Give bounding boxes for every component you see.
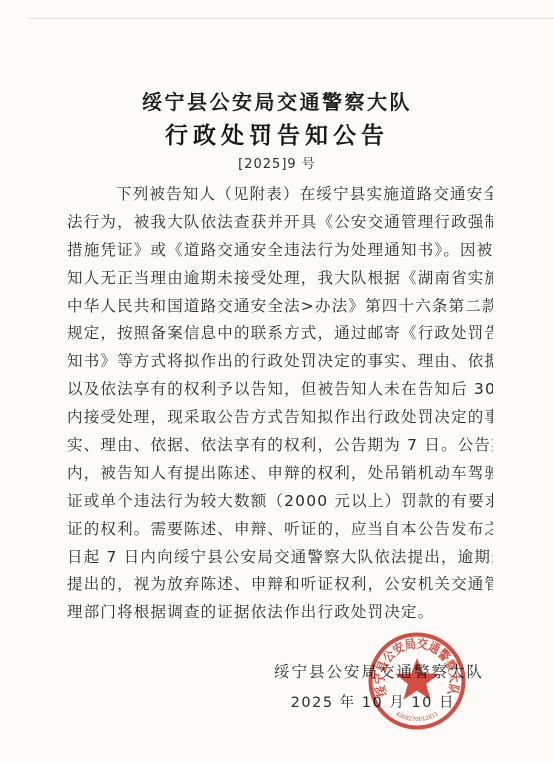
body-line: 证或单个违法行为较大数额（2000 元以上）罚款的有要求听 (67, 488, 493, 516)
body-line: 证的权利。需要陈述、申辩、听证的，应当自本公告发布之 (67, 516, 493, 544)
body-line: 提出的，视为放弃陈述、申辩和听证权利，公安机关交通管 (67, 571, 493, 599)
seal-code: 4308270012811 (394, 711, 439, 723)
official-seal: 绥宁县公安局交通警察大队 4308270012811 (347, 610, 487, 752)
body-line: 知书》等方式将拟作出的行政处罚决定的事实、理由、依据 (67, 348, 493, 376)
doc-title: 行政处罚告知公告 (0, 117, 554, 150)
org-title: 绥宁县公安局交通警察大队 (0, 86, 554, 115)
doc-number: [2025]9 号 (0, 153, 554, 172)
body-line: 实、理由、依据、依法享有的权利，公告期为 7 日。公告期 (67, 432, 493, 460)
scan-edge-line (28, 18, 554, 19)
body-line: 日起 7 日内向绥宁县公安局交通警察大队依法提出，逾期未 (67, 544, 493, 572)
document-page: 绥宁县公安局交通警察大队 行政处罚告知公告 [2025]9 号 下列被告知人（见… (0, 0, 554, 761)
body-line: 内，被告知人有提出陈述、申辩的权利，处吊销机动车驾驶 (67, 460, 493, 488)
body-line: 下列被告知人（见附表）在绥宁县实施道路交通安全违 (67, 181, 493, 209)
notice-body: 下列被告知人（见附表）在绥宁县实施道路交通安全违 法行为，被我大队依法查获并开具… (67, 181, 493, 627)
body-line: 措施凭证》或《道路交通安全违法行为处理通知书》。因被告 (67, 237, 493, 265)
seal-star-icon (395, 658, 439, 700)
body-line: 知人无正当理由逾期未接受处理，我大队根据《湖南省实施< (67, 265, 493, 293)
body-line: 规定，按照备案信息中的联系方式，通过邮寄《行政处罚告 (67, 320, 493, 348)
body-line: 内接受处理，现采取公告方式告知拟作出行政处罚决定的事 (67, 404, 493, 432)
body-line: 以及依法享有的权利予以告知，但被告知人未在告知后 30 日 (67, 376, 493, 404)
body-line: 法行为，被我大队依法查获并开具《公安交通管理行政强制 (67, 209, 493, 237)
body-line: 中华人民共和国道路交通安全法>办法》第四十六条第二款的 (67, 293, 493, 321)
